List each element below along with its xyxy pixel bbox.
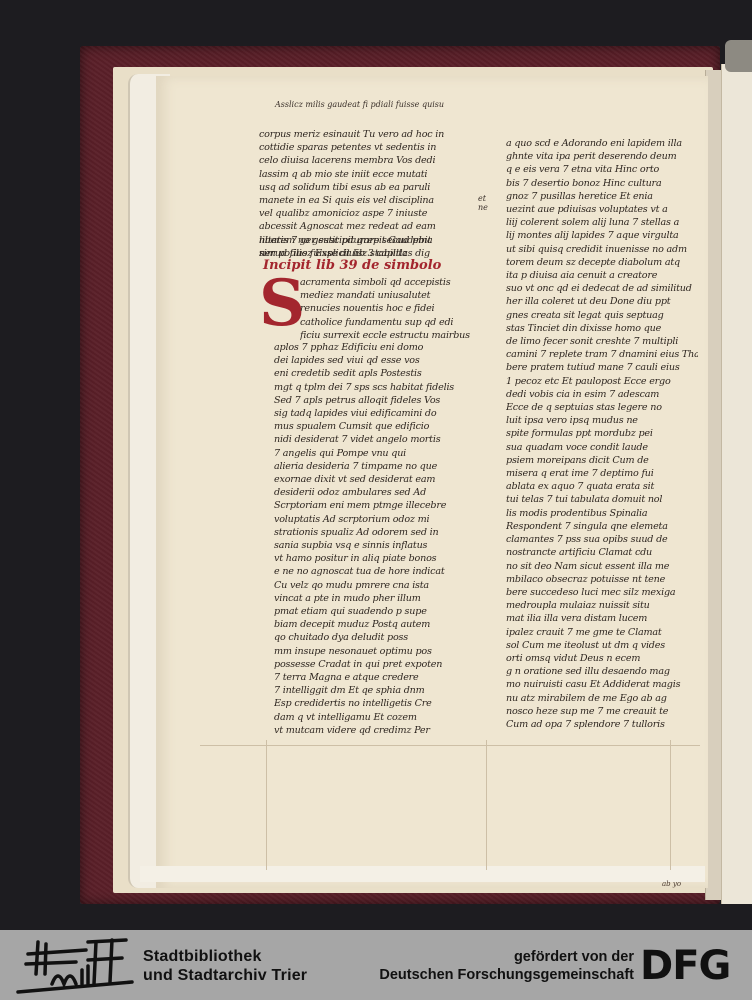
- text-line: 7 intelliggit dm Et qe sphia dnm: [274, 684, 470, 697]
- text-line: alieria desideria 7 timpame no que: [274, 460, 470, 473]
- catchword: ab yo: [662, 880, 681, 888]
- decorated-initial: S: [259, 272, 299, 338]
- text-line: ablata ex aquo 7 quata erata sit: [506, 480, 698, 493]
- text-line: orti omsq vidut Deus n ecem: [506, 652, 698, 665]
- text-line: clamantes 7 pss sua opibs suud de: [506, 533, 698, 546]
- text-line: bere succedeso luci mec silz mexiga: [506, 586, 698, 599]
- left-column-initial-lines: acramenta simboli qd accepistis mediez m…: [300, 276, 470, 342]
- text-line: voluptatis Ad scrptorium odoz mi: [274, 513, 470, 526]
- dfg-logo-icon: DFG: [640, 947, 748, 985]
- text-line: ut sibi quisq credidit inuenisse no adm: [506, 243, 698, 256]
- left-column-lower-text: aplos 7 pphaz Edificiu eni domo dei lapi…: [274, 341, 470, 741]
- funding-credit-line2: Deutschen Forschungsgemeinschaft: [379, 966, 634, 984]
- text-line: catholice fundamentu sup qd edi: [300, 316, 470, 329]
- page-header-note: Asslicz milis gaudeat fi pdiali fuisse q…: [275, 100, 444, 109]
- text-line: Sed 7 apls petrus alloqit fideles Vos: [274, 394, 470, 407]
- text-line: nitatem no gestit pdurare secud pma: [259, 234, 469, 247]
- text-line: vt mutcam videre qd credimz Per: [274, 724, 470, 737]
- text-line: exornae dixit vt sed desiderat eam: [274, 473, 470, 486]
- library-name-line1: Stadtbibliothek: [143, 947, 307, 966]
- text-line: e ne no agnoscat tua de hore indicat: [274, 565, 470, 578]
- text-line: eni credetib sedit apls Postestis: [274, 367, 470, 380]
- text-line: ipalez crauit 7 me gme te Clamat: [506, 626, 698, 639]
- text-line: aplos 7 pphaz Edificiu eni domo: [274, 341, 470, 354]
- text-line: strationis spualiz Ad odorem sed in: [274, 526, 470, 539]
- text-line: liij colerent solem alij luna 7 stellas …: [506, 216, 698, 229]
- text-line: bere pratem tutiud mane 7 cauli eius: [506, 361, 698, 374]
- text-line: mus spualem Cumsit que edificio: [274, 420, 470, 433]
- footer-banner: Stadtbibliothek und Stadtarchiv Trier ge…: [0, 930, 752, 1000]
- text-line: sania supbia vsq e sinnis inflatus: [274, 539, 470, 552]
- text-line: desiderii odoz ambulares sed Ad: [274, 486, 470, 499]
- text-line: Cum ad opa 7 splendore 7 tulloris: [506, 718, 698, 731]
- facing-page-edge: [721, 64, 752, 904]
- text-line: renucies nouentis hoc e fidei: [300, 302, 470, 315]
- text-line: Scrptoriam eni mem ptmge illecebre: [274, 499, 470, 512]
- ruling-line: [670, 740, 671, 870]
- text-line: her illa coleret ut deu Done diu ppt: [506, 295, 698, 308]
- text-line: vel qualibz amonicioz aspe 7 iniuste: [259, 207, 469, 220]
- library-name: Stadtbibliothek und Stadtarchiv Trier: [143, 947, 307, 985]
- text-line: torem deum sz decepte diabolum atq: [506, 256, 698, 269]
- text-line: nidi desiderat 7 videt angelo mortis: [274, 433, 470, 446]
- page-bottom-edge: [140, 866, 705, 882]
- text-line: abcessit Agnoscat mez redeat ad eam: [259, 220, 469, 233]
- ruling-line: [486, 740, 487, 870]
- text-line: mgt q tplm dei 7 sps scs habitat fidelis: [274, 381, 470, 394]
- text-line: nosco heze sup me 7 me creauit te: [506, 705, 698, 718]
- text-line: luit ipsa vero ipsq mudus ne: [506, 414, 698, 427]
- text-line: Cu velz qo mudu pmrere cna ista: [274, 579, 470, 592]
- text-line: biam decepit muduz Postq autem: [274, 618, 470, 631]
- text-line: sua quadam voce condit laude: [506, 441, 698, 454]
- text-line: 7 angelis qui Pompe vnu qui: [274, 447, 470, 460]
- text-line: camini 7 replete tram 7 dnamini eius Tha: [506, 348, 698, 361]
- text-line: psiem moreipans dicit Cum de: [506, 454, 698, 467]
- text-line: sol Cum me iteolust ut dm q vides: [506, 639, 698, 652]
- text-line: misera q erat ime 7 deptimo fui: [506, 467, 698, 480]
- text-line: suo vt onc qd ei dedecat de ad similitud: [506, 282, 698, 295]
- text-line: cottidie sparas petentes vt sedentis in: [259, 141, 469, 154]
- text-line: Respondent 7 singula qne elemeta: [506, 520, 698, 533]
- text-line: qo chuitado dya deludit poss: [274, 631, 470, 644]
- text-line: acramenta simboli qd accepistis: [300, 276, 470, 289]
- text-line: a quo scd e Adorando eni lapidem illa: [506, 137, 698, 150]
- text-line: stas Tinciet din dixisse homo que: [506, 322, 698, 335]
- text-line: no sit deo Nam sicut essent illa me: [506, 560, 698, 573]
- text-line: mediez mandati uniusalutet: [300, 289, 470, 302]
- text-line: possesse Cradat in qui pret expoten: [274, 658, 470, 671]
- text-line: mm insupe nesonauet optimu pos: [274, 645, 470, 658]
- text-line: pmat etiam qui suadendo p supe: [274, 605, 470, 618]
- text-line: dam q vt intelligamu Et cozem: [274, 711, 470, 724]
- text-line: gnoz 7 pusillas heretice Et enia: [506, 190, 698, 203]
- text-line: ghnte vita ipa perit deserendo deum: [506, 150, 698, 163]
- text-line: vt hamo positur in aliq piate bonos: [274, 552, 470, 565]
- text-line: dei lapides sed viui qd esse vos: [274, 354, 470, 367]
- text-line: mo nuiruisti casu Et Addiderat magis: [506, 678, 698, 691]
- text-line: 1 pecoz etc Et paulopost Ecce ergo: [506, 375, 698, 388]
- text-line: tui telas 7 tui tabulata domuit nol: [506, 493, 698, 506]
- ruling-line: [200, 745, 700, 746]
- text-line: 7 terra Magna e atque credere: [274, 671, 470, 684]
- text-line: medroupla mulaiaz nuissit situ: [506, 599, 698, 612]
- text-line: corpus meriz esinauit Tu vero ad hoc in: [259, 128, 469, 141]
- text-line: mat ilia illa vera distam lucem: [506, 612, 698, 625]
- text-line: lis modis prodentibus Spinalia: [506, 507, 698, 520]
- text-line: nu atz mirabilem de me Ego ab ag: [506, 692, 698, 705]
- right-column-text: a quo scd e Adorando eni lapidem illa gh…: [506, 137, 698, 737]
- text-line: uezint aue pdiuisas voluptates vt a: [506, 203, 698, 216]
- text-line: q e eis vera 7 etna vita Hinc orto: [506, 163, 698, 176]
- funding-credit: gefördert von der Deutschen Forschungsge…: [379, 948, 634, 984]
- text-line: lij montes alij lapides 7 aque virgulta: [506, 229, 698, 242]
- text-line: de limo fecer sonit creshte 7 multipli: [506, 335, 698, 348]
- ruling-line: [266, 740, 267, 870]
- text-line: lassim q ab mio ste iniit ecce mutati: [259, 168, 469, 181]
- text-line: g n oratione sed illu desaendo mag: [506, 665, 698, 678]
- text-line: spite formulas ppt mordubz pei: [506, 427, 698, 440]
- funding-credit-line1: gefördert von der: [379, 948, 634, 966]
- text-line: manete in ea Si quis eis vel disciplina: [259, 194, 469, 207]
- text-line: dedi vobis cia in esim 7 adescam: [506, 388, 698, 401]
- text-line: nostrancte artificiu Clamat cdu: [506, 546, 698, 559]
- manuscript-image-viewer: Asslicz milis gaudeat fi pdiali fuisse q…: [0, 0, 752, 930]
- text-line: mbilaco obsecraz potuisse nt tene: [506, 573, 698, 586]
- text-line: sig tadq lapides viui edificamini do: [274, 407, 470, 420]
- text-line: bis 7 desertio bonoz Hinc cultura: [506, 177, 698, 190]
- text-line: ita p diuisa aia cenuit a creatore: [506, 269, 698, 282]
- text-line: Esp credidertis no intelligetis Cre: [274, 697, 470, 710]
- text-line: celo diuisa lacerens membra Vos dedi: [259, 154, 469, 167]
- text-line: Ecce de q septuias stas legere no: [506, 401, 698, 414]
- stadtbibliothek-trier-logo-icon: [14, 936, 134, 994]
- text-line: usq ad solidum tibi esus ab ea paruli: [259, 181, 469, 194]
- text-line: gnes creata sit legat quis septuag: [506, 309, 698, 322]
- margin-annotation: et ne: [478, 194, 488, 212]
- text-line: vincat a pte in mudo pher illum: [274, 592, 470, 605]
- binding-clasp: [725, 40, 752, 72]
- library-name-line2: und Stadtarchiv Trier: [143, 966, 307, 985]
